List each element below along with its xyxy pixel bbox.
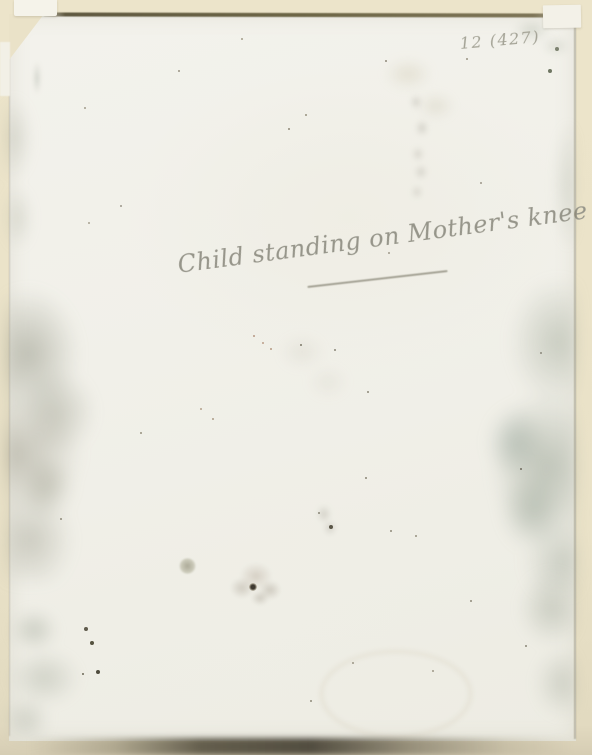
water-ring-stain [320, 650, 472, 738]
paper-sheet [9, 14, 576, 741]
stain-blob-small [179, 558, 196, 574]
backboard-strip-left [0, 42, 10, 96]
paper-bottom-shadow [28, 738, 572, 755]
hinge-tab-left [14, 0, 57, 16]
stain-blob-cluster [226, 554, 286, 606]
photo-backdrop: Child standing on Mother's knee 12 (427) [0, 0, 592, 755]
foxing-specks [0, 0, 2, 2]
hinge-tab-right [543, 5, 581, 29]
paper-right-edge-shadow [574, 17, 576, 739]
stain-blob-dark-center [249, 583, 257, 591]
paper-left-edge-shadow [9, 56, 11, 736]
